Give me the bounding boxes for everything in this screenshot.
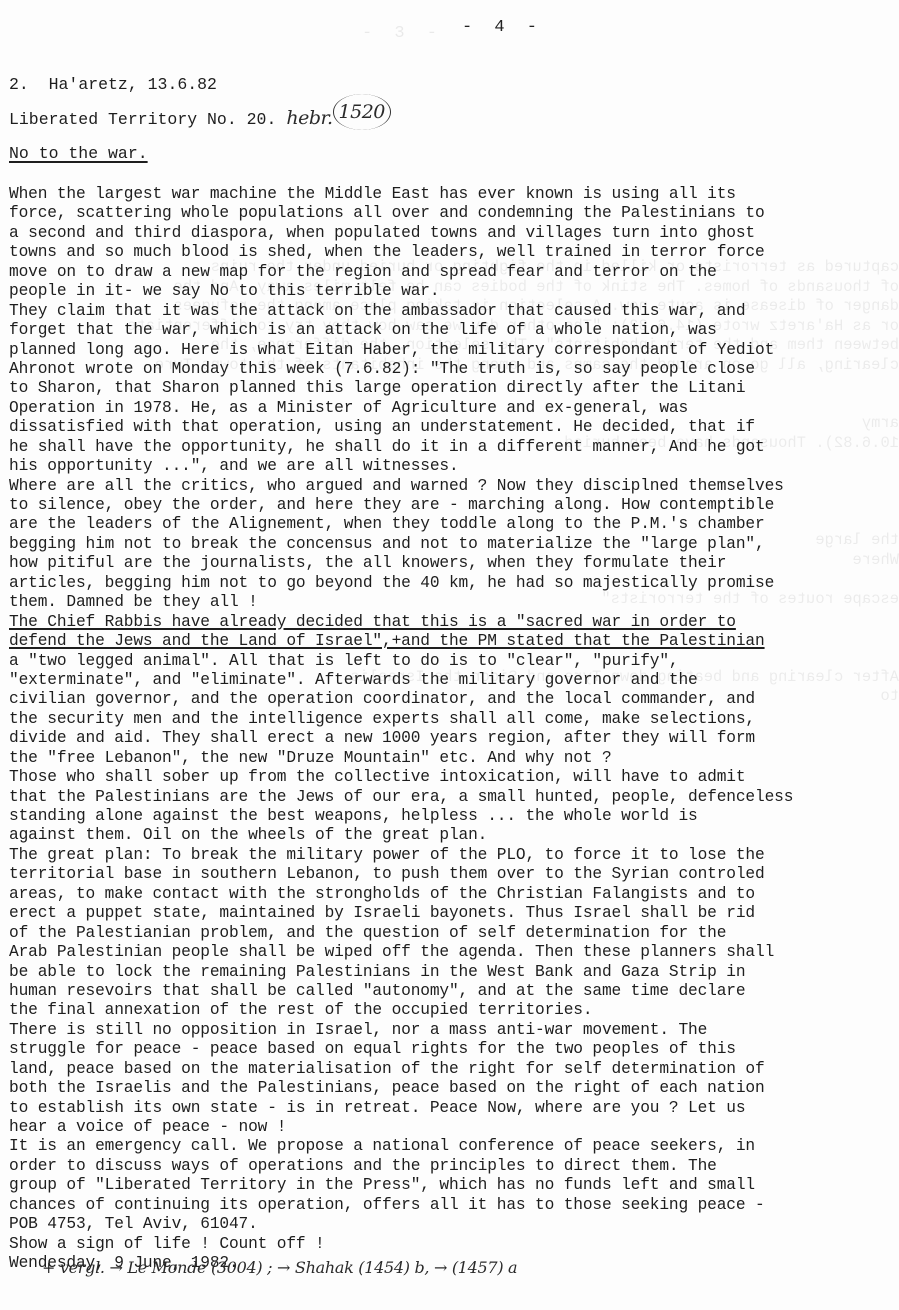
handwritten-ref: 1520 xyxy=(333,94,391,130)
body-line: Those who shall sober up from the collec… xyxy=(9,768,899,787)
body-line: civilian governor, and the operation coo… xyxy=(9,690,899,709)
body-line: The great plan: To break the military po… xyxy=(9,846,899,865)
article-body: When the largest war machine the Middle … xyxy=(9,185,899,1274)
body-line: forget that the war, which is an attack … xyxy=(9,321,899,340)
body-line: group of "Liberated Territory in the Pre… xyxy=(9,1176,899,1195)
body-line: The Chief Rabbis have already decided th… xyxy=(9,613,899,632)
body-line: POB 4753, Tel Aviv, 61047. xyxy=(9,1215,899,1234)
ghost-page-number: - 3 - xyxy=(362,24,443,43)
source-line: 2. Ha'aretz, 13.6.82 xyxy=(9,75,217,94)
body-line: move on to draw a new map for the region… xyxy=(9,263,899,282)
series-title: Liberated Territory No. 20. xyxy=(9,110,276,129)
article-title: No to the war. xyxy=(9,144,148,163)
document-page: captured as terrorists or killed in the … xyxy=(0,0,899,1310)
body-line: a "two legged animal". All that is left … xyxy=(9,652,899,671)
body-line: areas, to make contact with the strongho… xyxy=(9,885,899,904)
body-line: land, peace based on the materialisation… xyxy=(9,1060,899,1079)
page-number: - 4 - xyxy=(462,18,543,37)
body-line: the security men and the intelligence ex… xyxy=(9,710,899,729)
body-line: They claim that it was the attack on the… xyxy=(9,302,899,321)
body-line: are the leaders of the Alignement, when … xyxy=(9,515,899,534)
body-line: both the Israelis and the Palestinians, … xyxy=(9,1079,899,1098)
body-line: When the largest war machine the Middle … xyxy=(9,185,899,204)
body-line: Show a sign of life ! Count off ! xyxy=(9,1235,899,1254)
body-line: dissatisfied with that operation, using … xyxy=(9,418,899,437)
source-citation: Ha'aretz, 13.6.82 xyxy=(49,75,217,94)
body-line: planned long ago. Here is what Eitan Hab… xyxy=(9,341,899,360)
handwritten-annotation: hebr.1520 xyxy=(286,107,391,129)
body-line: order to discuss ways of operations and … xyxy=(9,1157,899,1176)
handwritten-footer: + vergl. → Le Monde (3004) ; → Shahak (1… xyxy=(42,1258,517,1277)
body-line: divide and aid. They shall erect a new 1… xyxy=(9,729,899,748)
body-line: There is still no opposition in Israel, … xyxy=(9,1021,899,1040)
body-line: the "free Lebanon", the new "Druze Mount… xyxy=(9,749,899,768)
body-line: defend the Jews and the Land of Israel",… xyxy=(9,632,899,651)
body-line: Arab Palestinian people shall be wiped o… xyxy=(9,943,899,962)
body-line: people in it- we say No to this terrible… xyxy=(9,282,899,301)
body-line: to silence, obey the order, and here the… xyxy=(9,496,899,515)
body-line: the final annexation of the rest of the … xyxy=(9,1001,899,1020)
body-line: to establish its own state - is in retre… xyxy=(9,1099,899,1118)
body-line: "exterminate", and "eliminate". Afterwar… xyxy=(9,671,899,690)
body-line: human resevoirs that shall be called "au… xyxy=(9,982,899,1001)
body-line: Operation in 1978. He, as a Minister of … xyxy=(9,399,899,418)
body-line: be able to lock the remaining Palestinia… xyxy=(9,963,899,982)
body-line: how pitiful are the journalists, the all… xyxy=(9,554,899,573)
series-line: Liberated Territory No. 20.hebr.1520 xyxy=(9,107,391,130)
body-line: a second and third diaspora, when popula… xyxy=(9,224,899,243)
body-line: towns and so much blood is shed, when th… xyxy=(9,243,899,262)
body-line: erect a puppet state, maintained by Isra… xyxy=(9,904,899,923)
body-line: standing alone against the best weapons,… xyxy=(9,807,899,826)
body-line: hear a voice of peace - now ! xyxy=(9,1118,899,1137)
body-line: Where are all the critics, who argued an… xyxy=(9,477,899,496)
body-line: struggle for peace - peace based on equa… xyxy=(9,1040,899,1059)
handwritten-lang: hebr. xyxy=(286,107,332,129)
body-line: begging him not to break the concensus a… xyxy=(9,535,899,554)
body-line: to Sharon, that Sharon planned this larg… xyxy=(9,379,899,398)
body-line: Ahronot wrote on Monday this week (7.6.8… xyxy=(9,360,899,379)
body-line: them. Damned be they all ! xyxy=(9,593,899,612)
body-line: his opportunity ...", and we are all wit… xyxy=(9,457,899,476)
body-line: It is an emergency call. We propose a na… xyxy=(9,1137,899,1156)
body-line: against them. Oil on the wheels of the g… xyxy=(9,826,899,845)
body-line: territorial base in southern Lebanon, to… xyxy=(9,865,899,884)
body-line: chances of continuing its operation, off… xyxy=(9,1196,899,1215)
item-number: 2. xyxy=(9,75,29,94)
body-line: that the Palestinians are the Jews of ou… xyxy=(9,788,899,807)
body-line: force, scattering whole populations all … xyxy=(9,204,899,223)
body-line: of the Palestianian problem, and the que… xyxy=(9,924,899,943)
body-line: articles, begging him not to go beyond t… xyxy=(9,574,899,593)
body-line: he shall have the opportunity, he shall … xyxy=(9,438,899,457)
